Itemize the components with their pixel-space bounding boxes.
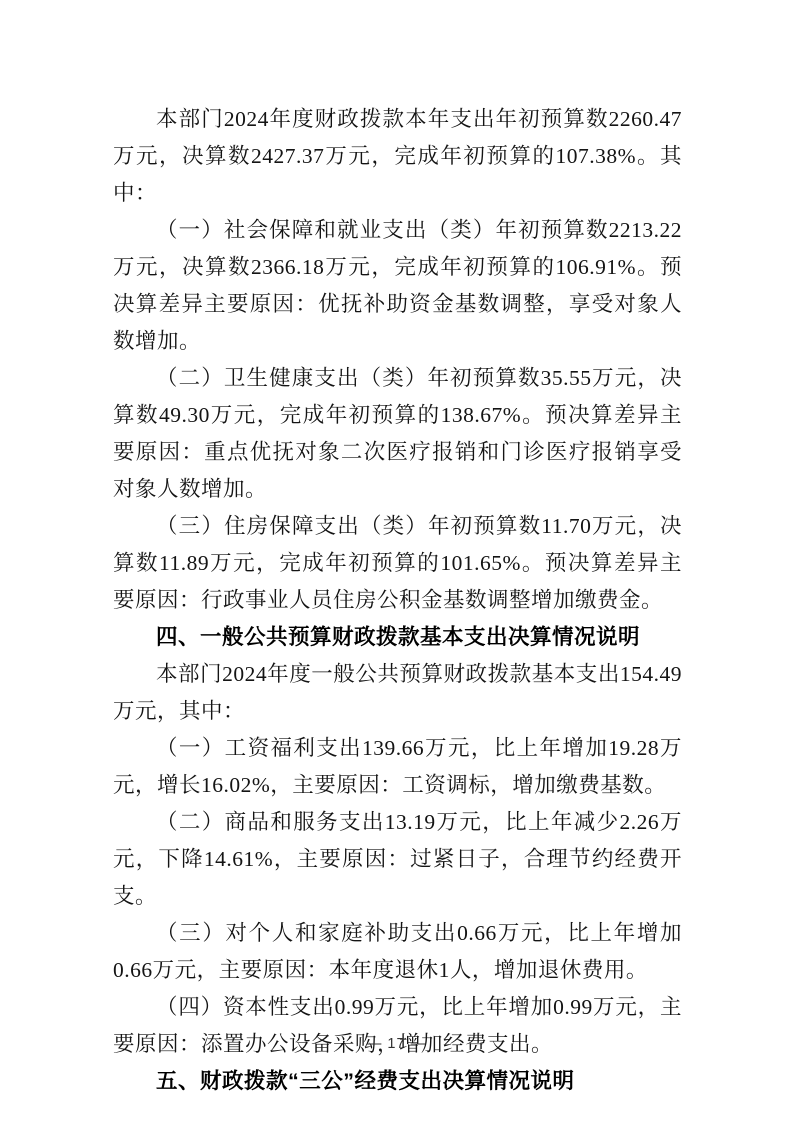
- page-number: — 17 —: [0, 1036, 793, 1052]
- paragraph-individual-family-subsidy: （三）对个人和家庭补助支出0.66万元，比上年增加0.66万元，主要原因：本年度…: [113, 915, 682, 989]
- document-page: 本部门2024年度财政拨款本年支出年初预算数2260.47万元，决算数2427.…: [0, 0, 793, 1122]
- paragraph-goods-services-expenditure: （二）商品和服务支出13.19万元，比上年减少2.26万元，下降14.61%，主…: [113, 804, 682, 915]
- paragraph-basic-expenditure-summary: 本部门2024年度一般公共预算财政拨款基本支出154.49万元，其中：: [113, 656, 682, 730]
- section-heading-5-three-public-funds: 五、财政拨款“三公”经费支出决算情况说明: [113, 1063, 682, 1100]
- paragraph-social-security-expenditure: （一）社会保障和就业支出（类）年初预算数2213.22万元，决算数2366.18…: [113, 212, 682, 360]
- paragraph-wage-welfare-expenditure: （一）工资福利支出139.66万元，比上年增加19.28万元，增长16.02%，…: [113, 730, 682, 804]
- paragraph-fiscal-expenditure-summary: 本部门2024年度财政拨款本年支出年初预算数2260.47万元，决算数2427.…: [113, 101, 682, 212]
- document-body: 本部门2024年度财政拨款本年支出年初预算数2260.47万元，决算数2427.…: [113, 101, 682, 1100]
- section-heading-4-basic-expenditure: 四、一般公共预算财政拨款基本支出决算情况说明: [113, 619, 682, 656]
- paragraph-housing-expenditure: （三）住房保障支出（类）年初预算数11.70万元，决算数11.89万元，完成年初…: [113, 508, 682, 619]
- paragraph-health-expenditure: （二）卫生健康支出（类）年初预算数35.55万元，决算数49.30万元，完成年初…: [113, 360, 682, 508]
